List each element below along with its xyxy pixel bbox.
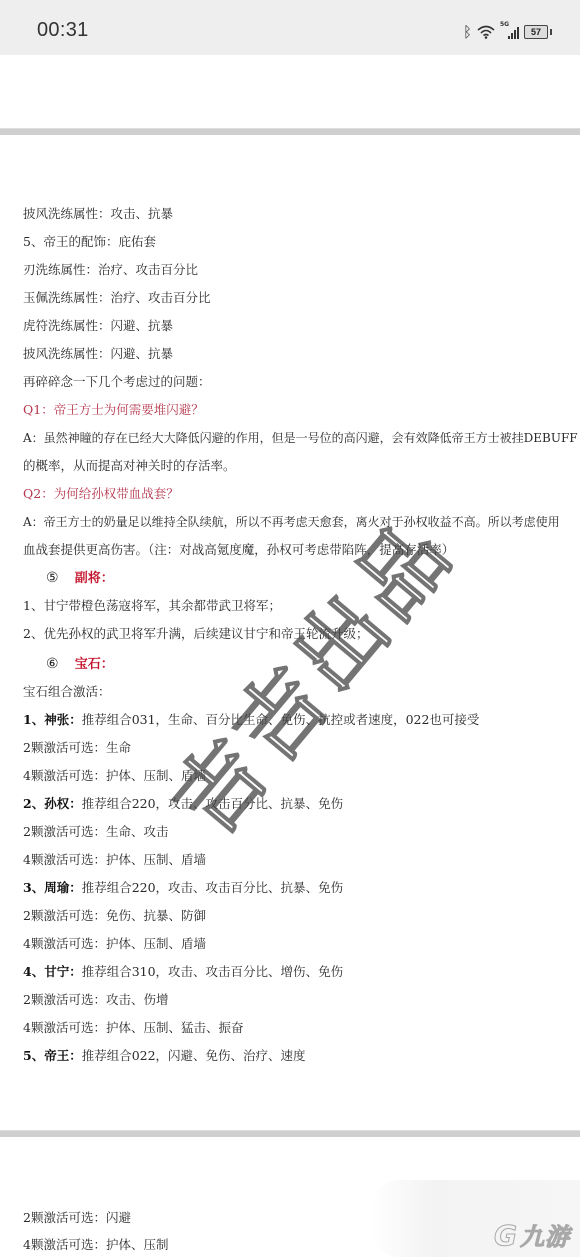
text-line: 5、帝王的配饰：庇佑套 [23, 234, 156, 250]
hero-label: 1、神张： [23, 712, 82, 727]
section-heading-deputy: ⑤ 副将： [46, 570, 114, 587]
hero-label: 4、甘宁： [23, 964, 82, 979]
question-q1: Q1：帝王方士为何需要堆闪避？ [23, 402, 204, 418]
wifi-icon [477, 25, 495, 39]
status-time: 00:31 [37, 19, 89, 42]
answer-q2-line2: 血战套提供更高伤害。（注：对战高氪度魔，孙权可考虑带陷阵，提高存活率） [23, 542, 454, 558]
hero-gem-text: 推荐组合220，攻击、攻击百分比、抗暴、免伤 [82, 880, 343, 895]
hero-label: 3、周瑜： [23, 880, 82, 895]
5g-signal-icon: 5G [500, 25, 519, 39]
hero-gem-line: 1、神张：推荐组合031，生命、百分比生命、免伤、抗控或者速度，022也可接受 [23, 712, 479, 728]
list-item: 1、甘宁带橙色荡寇将军，其余都带武卫将军； [23, 598, 281, 614]
gem-four-option: 4颗激活可选：护体、压制、猛击、振奋 [23, 1020, 243, 1036]
gem-two-option: 2颗激活可选：免伤、抗暴、防御 [23, 908, 206, 924]
gems-intro: 宝石组合激活： [23, 684, 111, 700]
network-type: 5G [500, 21, 509, 28]
bluetooth-icon: ᛒ [463, 23, 472, 41]
text-line: 虎符洗练属性：闪避、抗暴 [23, 318, 173, 334]
gem-two-option: 2颗激活可选：攻击、伤增 [23, 992, 168, 1008]
gem-two-option: 2颗激活可选：生命、攻击 [23, 824, 168, 840]
question-q2: Q2：为何给孙权带血战套？ [23, 486, 179, 502]
gem-four-option: 4颗激活可选：护体、压制、盾墙 [23, 936, 206, 952]
hero-gem-line: 3、周瑜：推荐组合220，攻击、攻击百分比、抗暴、免伤 [23, 880, 343, 896]
status-icons: ᛒ 5G 57 [463, 22, 548, 42]
gem-two-option: 2颗激活可选：生命 [23, 740, 131, 756]
hero-label: 2、孙权： [23, 796, 82, 811]
hero-label: 5、帝王： [23, 1048, 82, 1063]
hero-gem-text: 推荐组合031，生命、百分比生命、免伤、抗控或者速度，022也可接受 [82, 712, 480, 727]
answer-q1-line2: 的概率，从而提高对神关时的存活率。 [23, 458, 236, 474]
text-line: 刃洗练属性：治疗、攻击百分比 [23, 262, 198, 278]
divider-top [0, 128, 580, 135]
logo-text: 九游 [520, 1223, 570, 1251]
hero-gem-line: 5、帝王：推荐组合022，闪避、免伤、治疗、速度 [23, 1048, 306, 1064]
section-heading-gems: ⑥ 宝石： [46, 656, 114, 673]
gem-four-option: 4颗激活可选：护体、压制、盾墙 [23, 852, 206, 868]
hero-gem-line: 4、甘宁：推荐组合310，攻击、攻击百分比、增伤、免伤 [23, 964, 343, 980]
answer-q1-line1: A：虽然神瞳的存在已经大大降低闪避的作用，但是一号位的高闪避，会有效降低帝王方士… [23, 430, 578, 446]
answer-q2-line1: A：帝王方士的奶量足以维持全队续航，所以不再考虑天愈套，离火对于孙权收益不高。所… [23, 514, 560, 530]
list-item: 2、优先孙权的武卫将军升满，后续建议甘宁和帝王轮流升级； [23, 626, 368, 642]
hero-gem-line: 2、孙权：推荐组合220，攻击、攻击百分比、抗暴、免伤 [23, 796, 343, 812]
text-line: 披风洗练属性：闪避、抗暴 [23, 346, 173, 362]
section-title: 副将： [75, 571, 114, 586]
text-line: 玉佩洗练属性：治疗、攻击百分比 [23, 290, 211, 306]
text-line: 再碎碎念一下几个考虑过的问题： [23, 374, 211, 390]
circled-number: ⑤ [46, 570, 59, 586]
divider-bottom [0, 1130, 580, 1137]
gem-four-option: 4颗激活可选：护体、压制、盾墙 [23, 768, 206, 784]
status-bar: 00:31 ᛒ 5G 57 [0, 0, 580, 55]
logo-mark-icon: G [494, 1219, 518, 1252]
text-line: 披风洗练属性：攻击、抗暴 [23, 206, 173, 222]
jiuyou-logo: G九游 [494, 1217, 570, 1252]
section-title: 宝石： [75, 657, 114, 672]
gem-two-option: 2颗激活可选：闪避 [23, 1210, 131, 1226]
hero-gem-text: 推荐组合220，攻击、攻击百分比、抗暴、免伤 [82, 796, 343, 811]
gem-four-option: 4颗激活可选：护体、压制 [23, 1237, 168, 1253]
hero-gem-text: 推荐组合022，闪避、免伤、治疗、速度 [82, 1048, 306, 1063]
hero-gem-text: 推荐组合310，攻击、攻击百分比、增伤、免伤 [82, 964, 343, 979]
circled-number: ⑥ [46, 656, 59, 672]
battery-level: 57 [531, 27, 541, 37]
battery-icon: 57 [524, 25, 548, 39]
